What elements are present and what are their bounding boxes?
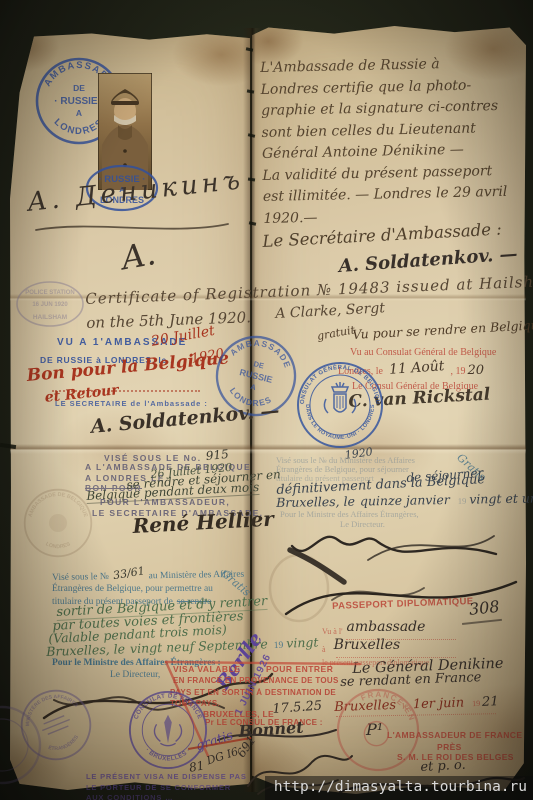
- visa915-line4: POUR L'AMBASSADEUR,: [100, 497, 230, 507]
- stamp-fasces: [164, 715, 172, 744]
- svg-text:· BRUXELLES ·: · BRUXELLES ·: [144, 747, 192, 763]
- year-printed: 19: [274, 641, 284, 651]
- stamp-crown: [332, 382, 348, 392]
- belgian-consulate-round-stamp: CONSULAT GÉNÉRAL DE BELGIQUE DANS LE ROY…: [296, 361, 384, 449]
- year-printed: , 19: [450, 366, 465, 377]
- visa-box-line1b: POUR ENTRER: [266, 664, 333, 674]
- city-prefix: Bruxelles, le: [46, 641, 125, 659]
- fold-stamp-a: A: [249, 382, 257, 392]
- diplomatic-number: 308: [468, 597, 500, 619]
- belgian-stamp-arc-top: CONSULAT GÉNÉRAL DE BELGIQUE: [296, 361, 380, 405]
- watermark-url: http://dimasyalta.tourbina.ru: [265, 776, 533, 800]
- ministry-left-line2: Étrangères de Belgique, pour permettre a…: [52, 584, 213, 594]
- visa-notice-line1: LE PRÉSENT VISA NE DISPENSE PAS: [86, 772, 247, 781]
- consulat-stamp-arc-bottom: · BRUXELLES ·: [144, 747, 192, 763]
- visa-notice-line2: LE PORTEUR DE SE CONFORMER: [86, 783, 231, 792]
- stamp-line-de: DE: [73, 83, 85, 93]
- faint-stamp-arc-bottom: LONDRES: [45, 541, 72, 550]
- year-printed: 19: [458, 496, 467, 506]
- year-hand: vingt: [286, 634, 319, 650]
- diplomatic-vu-line: Vu à l' ambassade: [322, 622, 425, 638]
- edge-tear-mark: [0, 443, 16, 449]
- svg-text:CONSULAT GÉNÉRAL DE BELGIQUE: CONSULAT GÉNÉRAL DE BELGIQUE: [296, 361, 380, 405]
- certification-text: L'Ambassade de Russie à Londres certifie…: [260, 52, 532, 230]
- fold-stamp-de: DE: [253, 359, 265, 370]
- vu-hand: ambassade: [347, 619, 426, 635]
- paraph-mark: А.: [118, 234, 158, 277]
- police-stamp-top: POLICE STATION: [25, 290, 74, 296]
- visa-notice-line3: AUX CONDITIONS …: [86, 793, 173, 800]
- stamp-line-russie: · RUSSIE ·: [54, 96, 103, 107]
- consulate-stamp-line1: Vu au Consulat Général de Belgique: [350, 347, 496, 358]
- passport-photo-scene: AMBASSADE DE · RUSSIE · A LONDRES · RUSS…: [0, 0, 533, 800]
- svg-text:LONDRES: LONDRES: [45, 541, 72, 550]
- year-hand: 21: [482, 694, 499, 710]
- stamp-line-a: A: [76, 108, 82, 118]
- police-stamp-date: 16 JUN 1920: [32, 302, 68, 308]
- a-hand: Bruxelles: [334, 637, 401, 653]
- year-hand: 20: [467, 363, 484, 378]
- corner-partial-stamp: [0, 700, 42, 790]
- consulate-date-hand: 11 Août: [389, 358, 445, 378]
- year-printed: 19: [472, 699, 480, 708]
- year-hand: vingt et un: [469, 490, 533, 506]
- vu-prefix: Vu à l': [322, 627, 343, 636]
- date-hand: quinze janvier: [360, 492, 450, 509]
- ambassador-line2: PRÈS: [437, 742, 462, 752]
- hailsham-police-oval-stamp: POLICE STATION 16 JUN 1920 HAILSHAM: [14, 279, 86, 329]
- line1a: Visé sous le №: [52, 572, 109, 583]
- svg-text:DANS LE ROYAUME-UNI · LONDRES: DANS LE ROYAUME-UNI · LONDRES: [304, 404, 376, 441]
- city-hand: Bruxelles, le: [276, 494, 355, 510]
- visa-box-line1: VISA VALABLE: [173, 664, 240, 674]
- police-stamp-bottom: HAILSHAM: [33, 314, 67, 321]
- belgian-stamp-arc-bottom: DANS LE ROYAUME-UNI · LONDRES: [304, 404, 376, 441]
- consulat-france-round-stamp: CONSULAT DE FRANCE · BRUXELLES ·: [126, 690, 210, 770]
